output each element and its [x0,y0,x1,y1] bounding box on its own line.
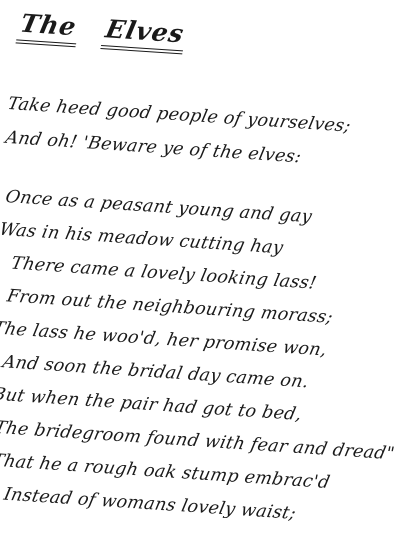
manuscript-page: The Elves Take heed good people of yours… [0,0,404,554]
poem-title: The Elves [16,9,404,70]
handwritten-content: The Elves Take heed good people of yours… [0,6,404,537]
title-word-the: The [16,9,83,48]
stanza-1: Take heed good people of yourselves; And… [2,87,404,182]
title-word-elves: Elves [101,14,190,54]
stanza-2: Once as a peasant young and gay Was in h… [0,181,404,537]
